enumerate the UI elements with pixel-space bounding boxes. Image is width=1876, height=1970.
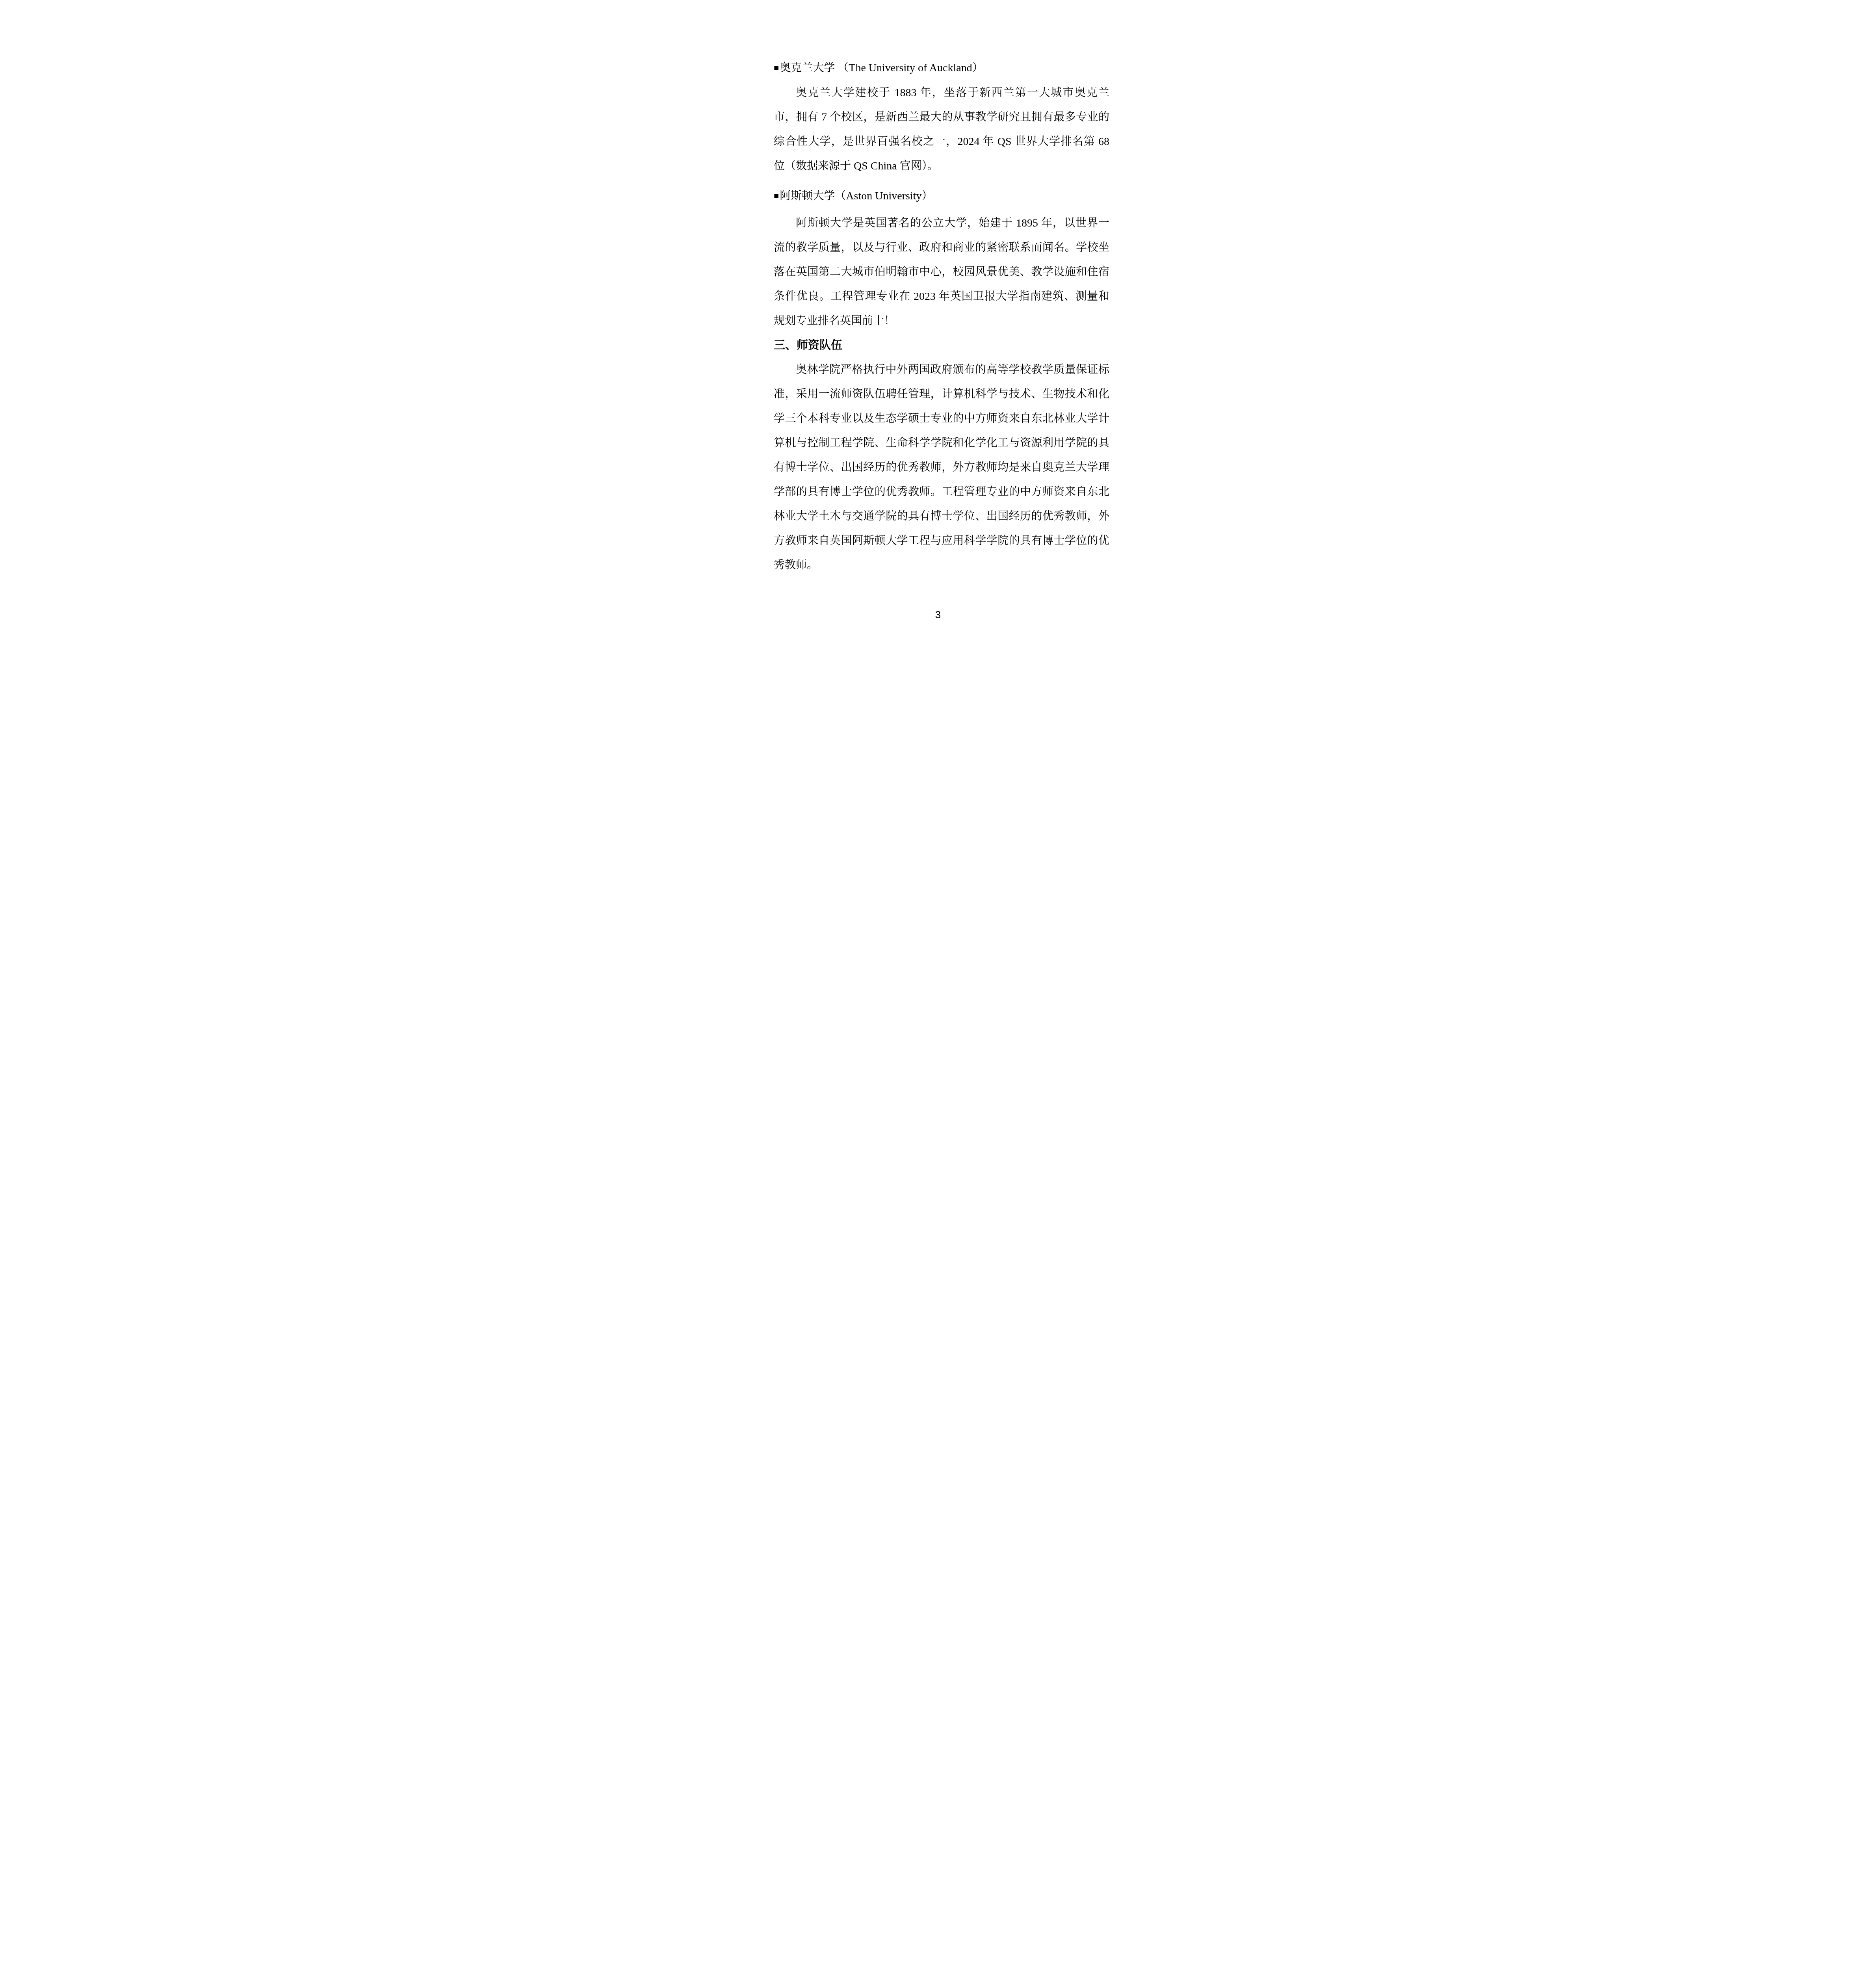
paragraph-auckland: 奥克兰大学建校于 1883 年，坐落于新西兰第一大城市奥克兰市，拥有 7 个校区… bbox=[774, 81, 1109, 178]
square-bullet-icon: ■ bbox=[774, 184, 779, 208]
document-content: ■奥克兰大学 （The University of Auckland） 奥克兰大… bbox=[704, 0, 1172, 578]
heading-faculty: 三、师资队伍 bbox=[774, 333, 1109, 358]
page-number: 3 bbox=[704, 609, 1172, 621]
document-page: ■奥克兰大学 （The University of Auckland） 奥克兰大… bbox=[704, 0, 1172, 663]
heading-auckland: ■奥克兰大学 （The University of Auckland） bbox=[774, 56, 1109, 81]
square-bullet-icon: ■ bbox=[774, 56, 779, 80]
paragraph-faculty: 奥林学院严格执行中外两国政府颁布的高等学校教学质量保证标准，采用一流师资队伍聘任… bbox=[774, 358, 1109, 578]
heading-aston: ■阿斯顿大学（Aston University） bbox=[774, 184, 1109, 209]
heading-aston-text: 阿斯顿大学（Aston University） bbox=[780, 190, 932, 202]
heading-auckland-text: 奥克兰大学 （The University of Auckland） bbox=[780, 62, 983, 74]
paragraph-aston: 阿斯顿大学是英国著名的公立大学，始建于 1895 年，以世界一流的教学质量，以及… bbox=[774, 211, 1109, 333]
spacer bbox=[774, 178, 1109, 184]
